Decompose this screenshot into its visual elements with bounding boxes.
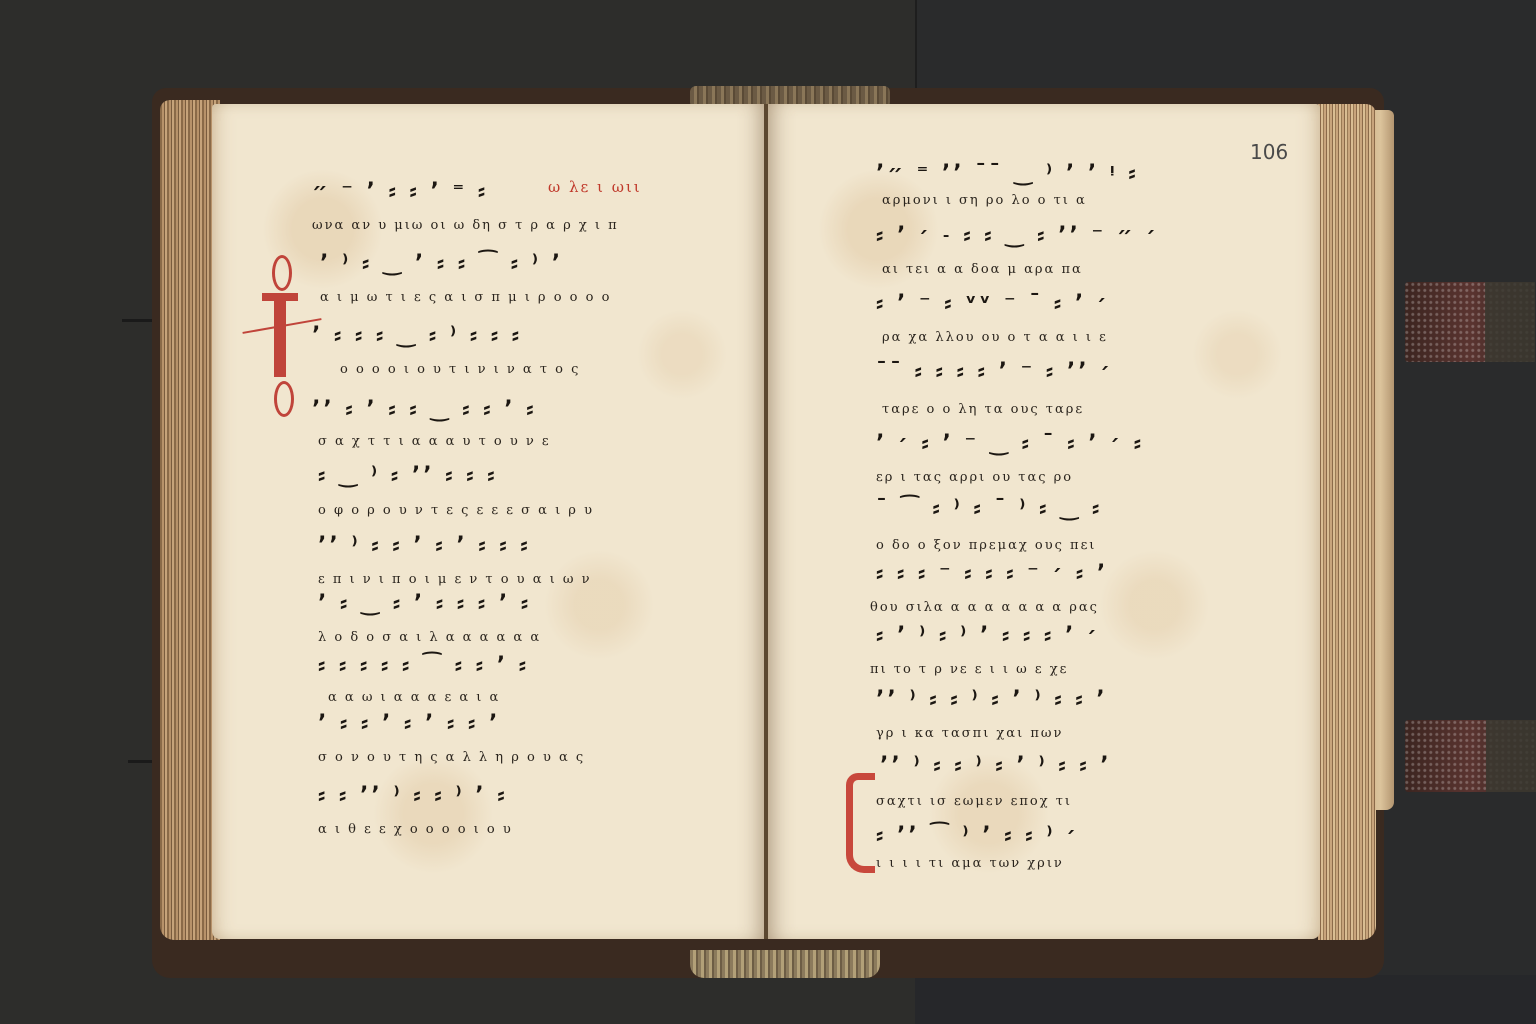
spine-tailband [690,950,880,978]
lyric-line: θου σιλα α α α α α α α ρας [870,600,1099,615]
lyric-line: ο ο ο ο ι ο υ τ ι ν ι ν α τ ο ς [340,362,580,377]
backdrop-right-lower [915,975,1536,1024]
neume-line: ʼʼ ⁾ ⸗ ⸗ ⁾ ⸗ ʼ ⁾ ⸗ ⸗ ʼ [876,686,1108,712]
lyric-line: ι ι ι ι τι αμα των χριν [876,856,1064,871]
neume-line: ⸗ ʼ ⁾ ⸗ ⁾ ʼ ⸗ ⸗ ⸗ ʼ ׳ [876,622,1100,648]
neume-line: ⸗ ‿ ⁾ ⸗ ʼʼ ⸗ ⸗ ⸗ [318,462,498,488]
lyric-line: α α ω ι α α α ε α ι α [328,690,500,705]
neume-line: ʼ ⁾ ⸗ ‿ ʼ ⸗ ⸗ ⁀ ⸗ ⁾ ʼ [320,250,563,276]
lyric-line: σ ο ν ο υ τ η ς α λ λ η ρ ο υ α ς [318,750,585,765]
lyric-line: πι το τ ρ νε ε ι ι ω ε χε [870,662,1068,677]
lyric-line: ταρε ο ο λη τα ους ταρε [882,402,1084,417]
lyric-line: γρ ι κα τασπι χαι πων [876,726,1063,741]
lyric-line: ωνα αν υ μιω οι ω δη σ τ ρ α ρ χ ι π [312,218,619,233]
neume-line: ʼʼ ⁾ ⸗ ⸗ ⁾ ⸗ ʼ ⁾ ⸗ ⸗ ʼ [880,752,1112,778]
page-edges-left [160,100,220,940]
lyric-line: αι τει α α δοα μ αρα πα [882,262,1083,277]
initial-ornament-bottom [274,381,294,417]
neume-line: ⸗ ʼ ⁻ ⸗ ᵛᵛ ⁻ ˉ ⸗ ʼ ׳ [876,290,1110,316]
lyric-line: ρα χα λλου ου ο τ α α ι ι ε [882,330,1108,345]
decorated-initial-c [846,773,875,873]
neume-line: ⸗ ⸗ ⸗ ⸗ ⸗ ⁀ ⸗ ⸗ ʼ ⸗ [318,652,529,678]
neume-line: ˉ ⁀ ⸗ ⁾ ⸗ ˉ ⁾ ⸗ ‿ ⸗ [876,495,1102,521]
neume-line: ʼ ⸗ ⸗ ʼ ⸗ ʼ ⸗ ⸗ ʼ [318,710,500,736]
lyric-line: ο δο ο ξον πρεμαχ ους πει [876,538,1096,553]
neume-line: ״ ⁻ ʼ ⸗ ⸗ ʼ ⁼ ⸗ [312,178,488,204]
decorated-initial-t [262,255,302,415]
initial-stem [274,295,286,377]
gutter [764,104,768,939]
lyric-line: α ι μ ω τ ι ε ς α ι σ π μ ι ρ ο ο ο ο [320,290,611,305]
lyric-line: α ι θ ε ε χ ο ο ο ο ι ο υ [318,822,513,837]
neume-line: ʼʼ ⁾ ⸗ ⸗ ʼ ⸗ ʼ ⸗ ⸗ ⸗ [318,532,531,558]
neume-line: ʼ ׳ ⸗ ʼ ⁻ ‿ ⸗ ˉ ⸗ ʼ ׳ ⸗ [876,430,1144,456]
lyric-line: αρμονι ι ση ρο λο ο τι α [882,193,1087,208]
lyric-line: λ ο δ ο σ α ι λ α α α α α α [318,630,541,645]
lyric-line: ερ ι τας αρρι ου τας ρο [876,470,1073,485]
clasp-strap-top [1405,282,1535,362]
page-edges-right [1318,104,1376,940]
neume-line: ʼ״ ⁼ ʼʼ ˉˉ ‿ ⁾ ʼ ʼ ᵎ ⸗ [876,160,1139,186]
rubric-text: ω λε ι ωιι [548,178,642,196]
neume-line: ⸗ ⸗ ⸗ ⁻ ⸗ ⸗ ⸗ ⁻ ׳ ⸗ ʼ [876,560,1108,586]
lyric-line: σαχτι ισ εωμεν εποχ τι [876,794,1072,809]
lyric-line: ε π ι ν ι π ο ι μ ε ν τ ο υ α ι ω ν [318,572,591,587]
neume-line: ⸗ ⸗ ʼʼ ⁾ ⸗ ⸗ ⁾ ʼ ⸗ [318,782,508,808]
folio-number: 106 [1250,140,1288,164]
lyric-line: ο φ ο ρ ο υ ν τ ε ς ε ε ε σ α ι ρ υ [318,503,594,518]
lyric-line: σ α χ τ τ ι α α α υ τ ο υ ν ε [318,434,551,449]
neume-line: ⸗ ʼ ׳ ˗ ⸗ ⸗ ‿ ⸗ ʼʼ ⁻ ׳ ״ [876,222,1159,248]
neume-line: ʼʼ ⸗ ʼ ⸗ ⸗ ‿ ⸗ ⸗ ʼ ⸗ [312,396,537,422]
clasp-metal [1486,720,1536,792]
neume-line: ʼ ⸗ ⸗ ⸗ ‿ ⸗ ⁾ ⸗ ⸗ ⸗ [312,322,522,348]
clasp-metal [1485,282,1535,362]
neume-line: ʼ ⸗ ‿ ⸗ ʼ ⸗ ⸗ ⸗ ʼ ⸗ [318,590,531,616]
clasp-strap-bottom [1405,720,1536,792]
neume-line: ⸗ ʼʼ ⁀ ⁾ ʼ ⸗ ⸗ ⁾ ׳ [876,822,1079,848]
initial-ornament-top [272,255,292,291]
neume-line: ˉˉ ⸗ ⸗ ⸗ ⸗ ʼ ⁻ ⸗ ʼʼ ׳ [876,358,1113,384]
